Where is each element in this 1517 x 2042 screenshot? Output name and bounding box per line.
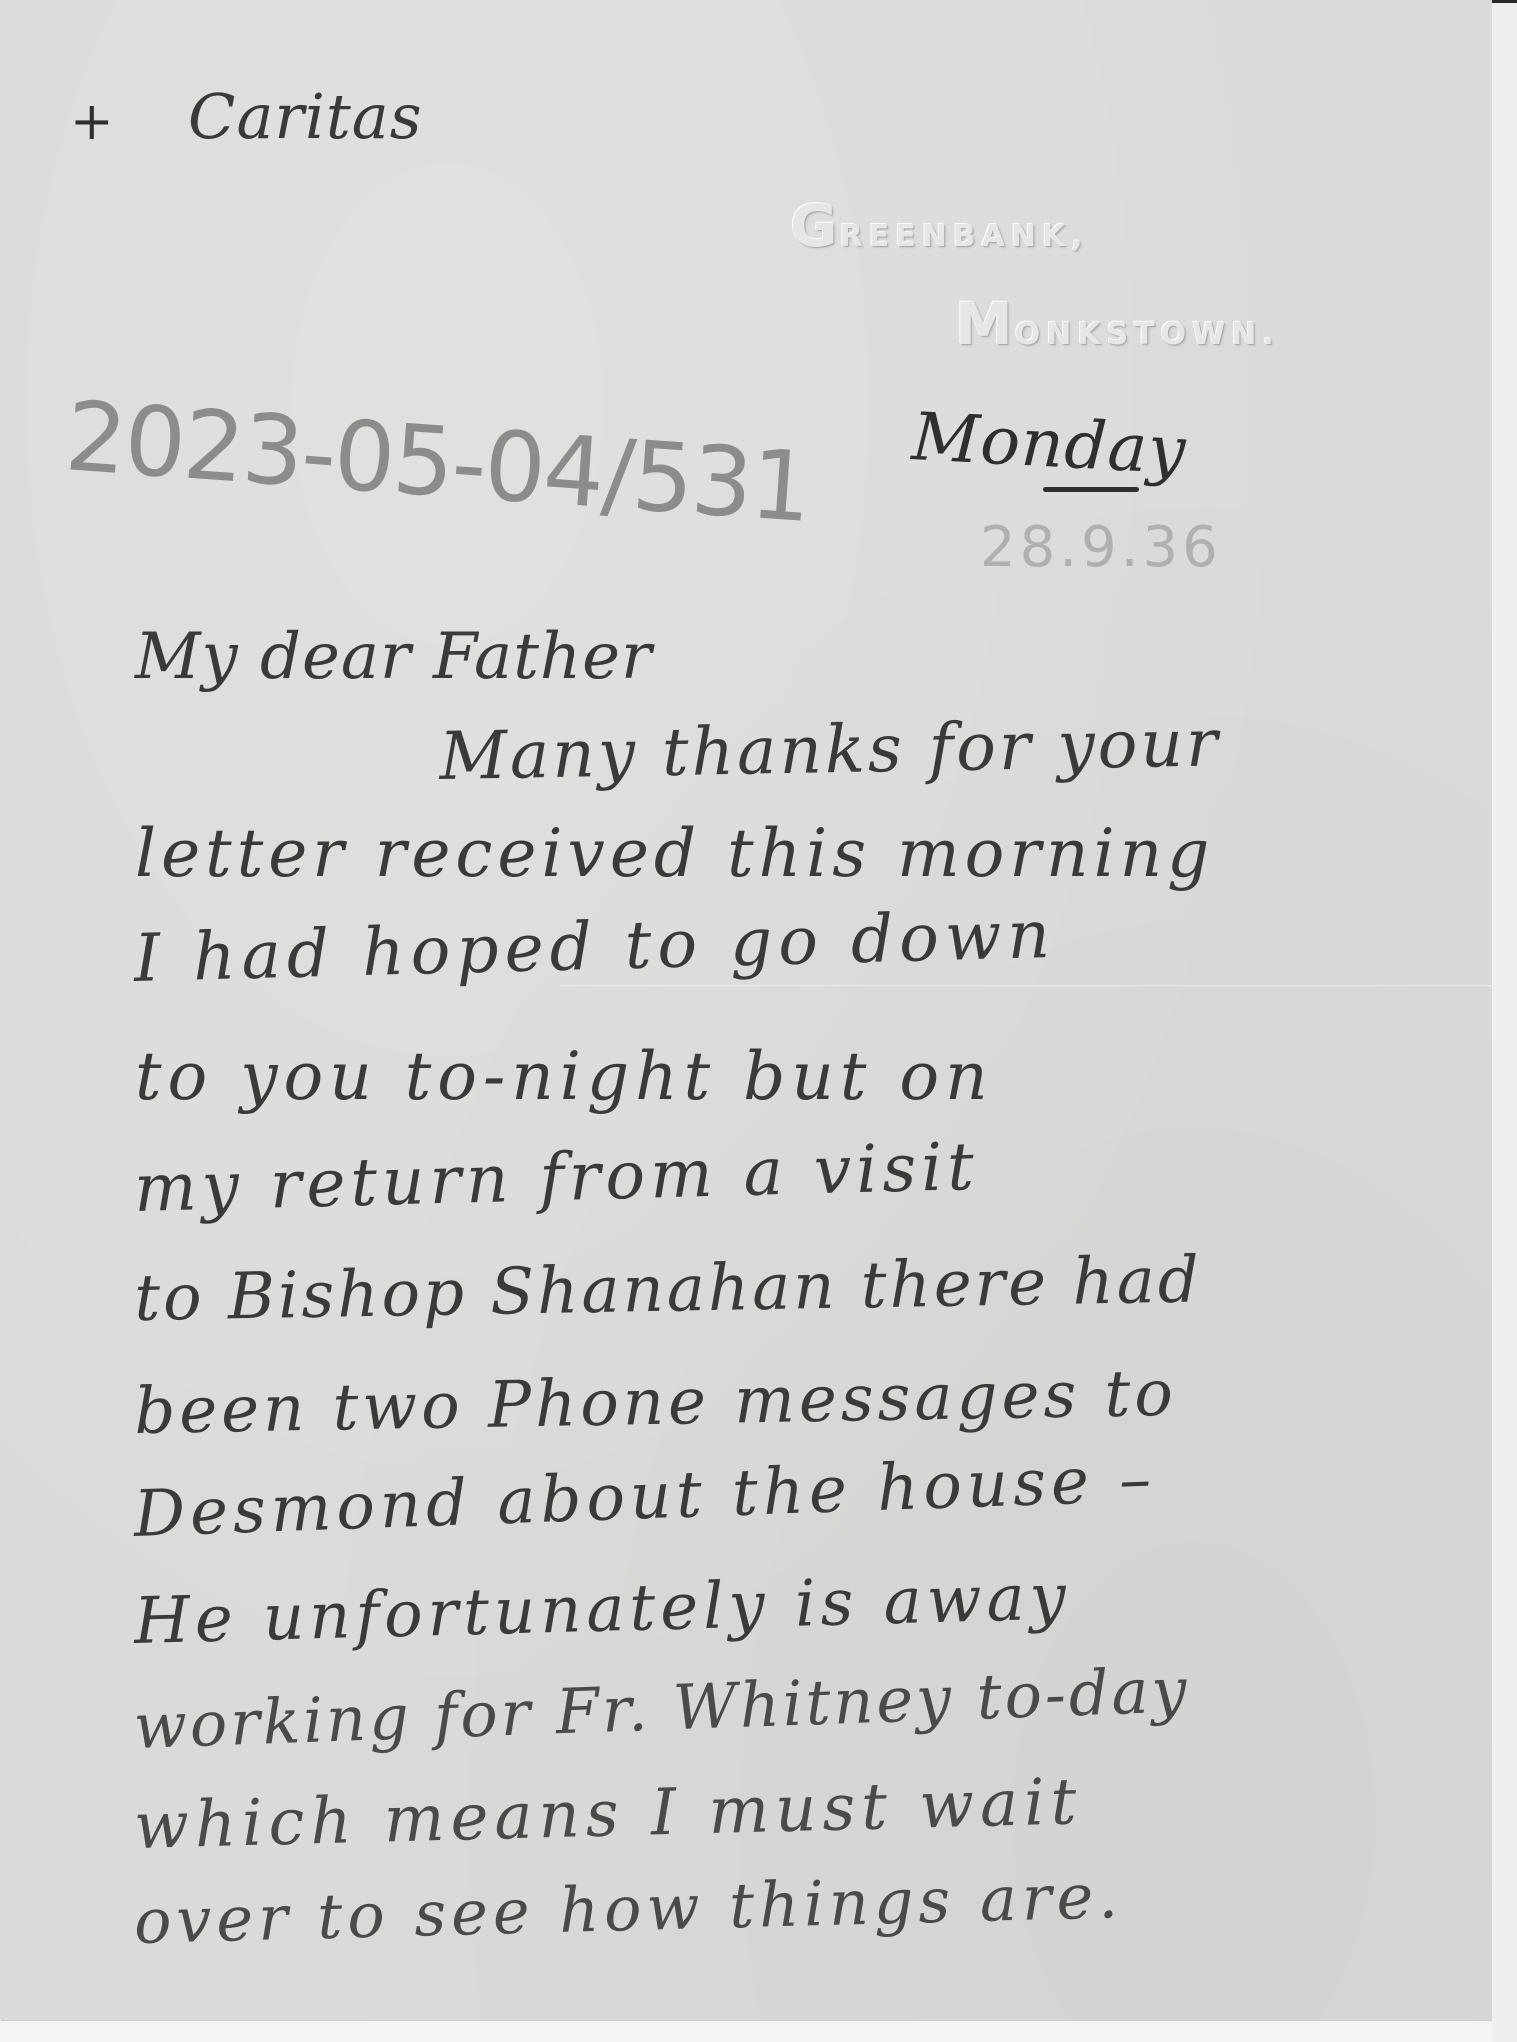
letter-paper: + Caritas GREENBANK, MONKSTOWN. 2023-05-…: [0, 0, 1492, 2020]
body-line-12: over to see how things are.: [133, 1859, 1124, 1958]
day-underline: [1043, 487, 1139, 492]
letterhead-monkstown-cap: M: [955, 290, 1015, 358]
letterhead-monkstown-rest: ONKSTOWN.: [1015, 317, 1280, 352]
letterhead-greenbank-rest: REENBANK,: [840, 219, 1089, 254]
letterhead-monkstown: MONKSTOWN.: [955, 290, 1280, 358]
body-line-8: Desmond about the house –: [132, 1442, 1157, 1552]
letter-day: Monday: [910, 398, 1188, 489]
letterhead-greenbank-cap: G: [790, 192, 840, 260]
body-line-7: been two Phone messages to: [134, 1357, 1178, 1449]
pencil-date: 28.9.36: [980, 515, 1222, 580]
body-line-2: letter received this morning: [135, 815, 1214, 892]
body-line-6: to Bishop Shanahan there had: [134, 1243, 1203, 1336]
body-line-4: to you to-night but on: [135, 1038, 994, 1115]
body-line-11: which means I must wait: [133, 1765, 1083, 1864]
salutation: My dear Father: [135, 620, 653, 694]
body-line-1: Many thanks for your: [439, 704, 1221, 795]
body-line-9: He unfortunately is away: [133, 1560, 1072, 1659]
scan-edge-strip: [1492, 0, 1517, 3]
invocation-caritas: Caritas: [188, 80, 423, 153]
paper-fold-line: [560, 985, 1492, 988]
letterhead-greenbank: GREENBANK,: [790, 192, 1089, 260]
body-line-10: working for Fr. Whitney to-day: [132, 1653, 1190, 1763]
invocation-cross: +: [70, 92, 115, 152]
body-line-5: my return from a visit: [133, 1128, 980, 1227]
body-line-3: I had hoped to go down: [133, 896, 1057, 997]
archive-reference: 2023-05-04/531: [62, 380, 813, 544]
scan-margin-right: [1492, 3, 1517, 2042]
